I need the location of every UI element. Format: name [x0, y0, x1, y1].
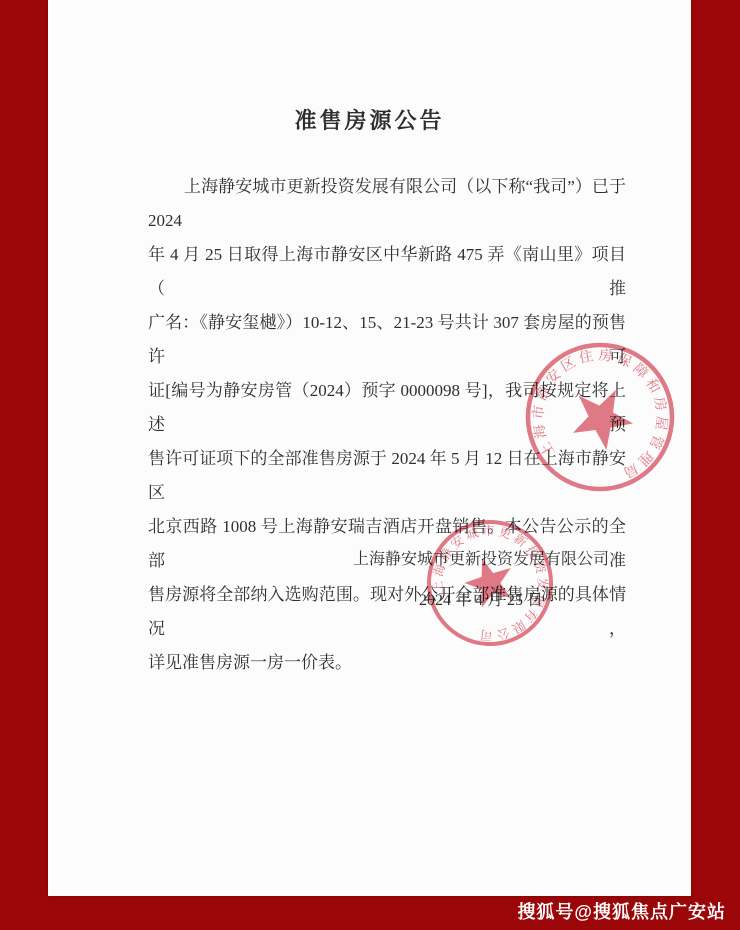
- body-line: 证[编号为静安房管（2024）预字 0000098 号]，我司按规定将上述预: [148, 374, 626, 442]
- body-line: 详见准售房源一房一价表。: [148, 646, 626, 680]
- body-line: 上海静安城市更新投资发展有限公司（以下称“我司”）已于 2024: [148, 170, 626, 238]
- announcement-paper: 准售房源公告 上海静安城市更新投资发展有限公司（以下称“我司”）已于 2024 …: [48, 0, 691, 896]
- signature-block: 上海静安城市更新投资发展有限公司 2024 年 4 月 25 日: [341, 546, 621, 610]
- body-line: 售许可证项下的全部准售房源于 2024 年 5 月 12 日在上海市静安区: [148, 442, 626, 510]
- screenshot-root: { "page": { "border_color": "#9b0608", "…: [0, 0, 740, 930]
- signature-date: 2024 年 4 月 25 日: [341, 587, 621, 610]
- sohu-watermark: 搜狐号@搜狐焦点广安站: [517, 898, 726, 924]
- body-line: 广名：《静安玺樾》）10-12、15、21-23 号共计 307 套房屋的预售许…: [148, 306, 626, 374]
- signature-company: 上海静安城市更新投资发展有限公司: [341, 546, 621, 569]
- document-title: 准售房源公告: [48, 104, 691, 135]
- body-line: 年 4 月 25 日取得上海市静安区中华新路 475 弄《南山里》项目（推: [148, 238, 626, 306]
